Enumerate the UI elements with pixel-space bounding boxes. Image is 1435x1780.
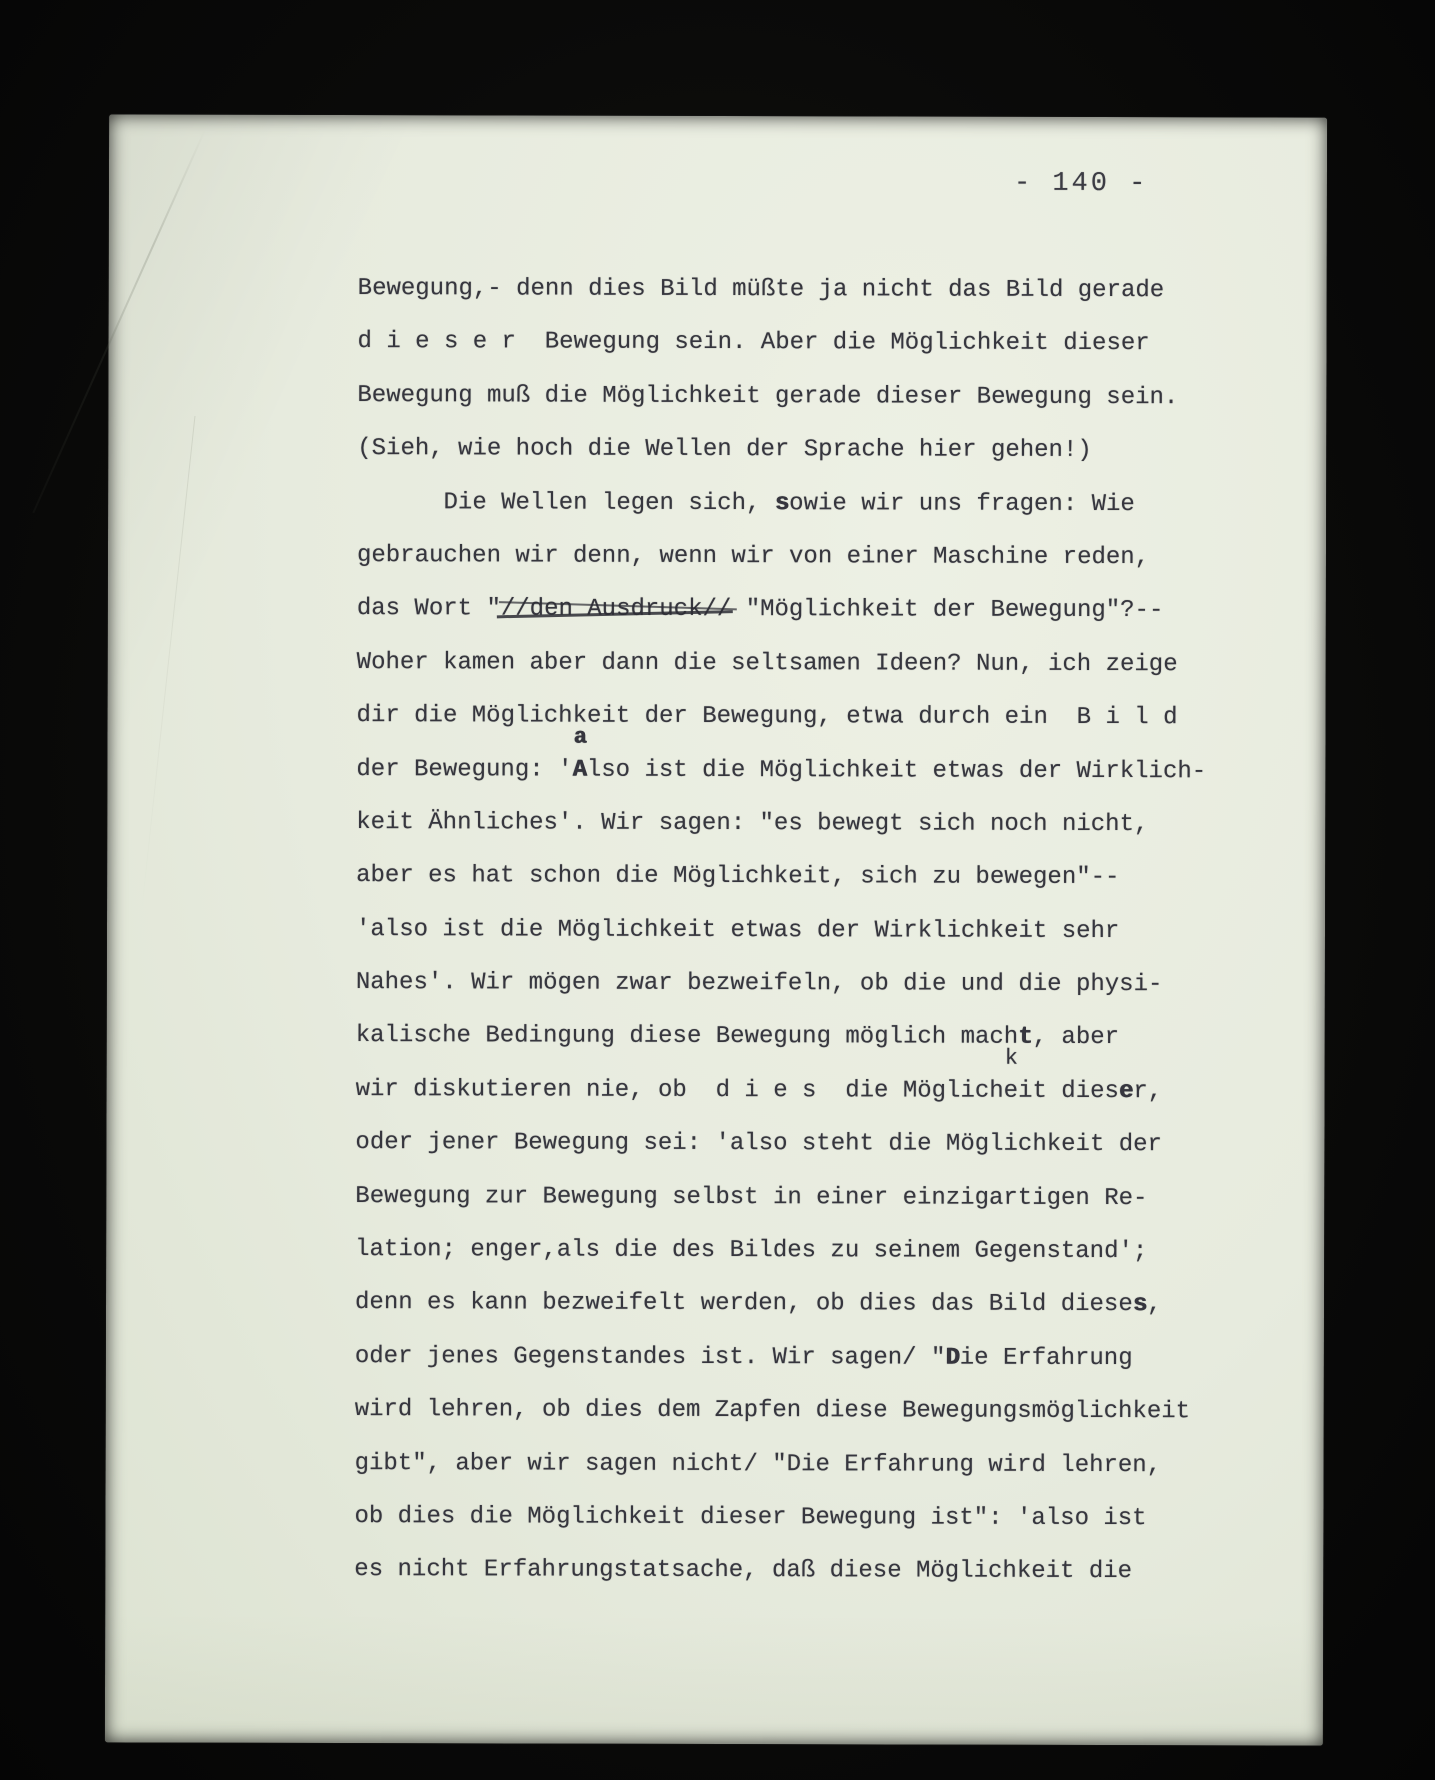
typescript-line: gebrauchen wir denn, wenn wir von einer …: [357, 529, 1187, 585]
typescript-text: , aber: [1033, 1024, 1119, 1051]
typescript-line: gibt", aber wir sagen nicht/ "Die Erfahr…: [355, 1437, 1185, 1493]
typescript-text: denn es kann bezweifelt werden, ob dies …: [355, 1289, 1133, 1318]
typescript-line: Woher kamen aber dann die seltsamen Idee…: [357, 636, 1187, 692]
typescript-line: Die Wellen legen sich, sowie wir uns fra…: [357, 476, 1187, 532]
typescript-text: Nahes'. Wir mögen zwar bezweifeln, ob di…: [356, 969, 1163, 998]
typescript-text: lso ist die Möglichkeit etwas der Wirkli…: [587, 756, 1206, 785]
typescript-text: der Bewegung: ': [356, 756, 572, 784]
typescript-line: Bewegung muß die Möglichkeit gerade dies…: [357, 369, 1187, 425]
typescript-text: gebrauchen wir denn, wenn wir von einer …: [357, 542, 1149, 571]
typescript-line: 'also ist die Möglichkeit etwas der Wirk…: [356, 903, 1186, 959]
typescript-text: dir die Möglichkeit der Bewegung, etwa d…: [357, 702, 1178, 731]
typescript-line: Bewegung,- denn dies Bild müßte ja nicht…: [358, 262, 1188, 318]
typescript-text: D: [945, 1344, 959, 1371]
typescript-text: s: [1133, 1292, 1147, 1319]
typescript-text: (Sieh, wie hoch die Wellen der Sprache h…: [357, 435, 1092, 464]
typescript-text: es nicht Erfahrungstatsache, daß diese M…: [354, 1556, 1132, 1585]
typescript-text: 'also ist die Möglichkeit etwas der Wirk…: [356, 916, 1119, 945]
typescript-line: dir die Möglichkeit der Bewegung, etwa d…: [356, 689, 1186, 745]
typescript-line: wird lehren, ob dies dem Zapfen diese Be…: [355, 1383, 1185, 1439]
typescript-text: e: [1119, 1078, 1133, 1105]
typescript-line: Nahes'. Wir mögen zwar bezweifeln, ob di…: [356, 956, 1186, 1012]
typescript-line: aber es hat schon die Möglichkeit, sich …: [356, 849, 1186, 905]
struck-text: //den Ausdruck//: [501, 583, 732, 637]
typescript-text: wird lehren, ob dies dem Zapfen diese Be…: [355, 1396, 1190, 1425]
typescript-line: denn es kann bezweifelt werden, ob dies …: [355, 1276, 1185, 1332]
typescript-page: - 140 - Bewegung,- denn dies Bild müßte …: [105, 114, 1327, 1745]
paper-crease: [32, 129, 206, 513]
typescript-text: kalische Bedingung diese Bewegung möglic…: [356, 1023, 1019, 1052]
typescript-text: gibt", aber wir sagen nicht/ "Die Erfahr…: [355, 1450, 1162, 1479]
typescript-text: Die Wellen legen sich,: [357, 489, 775, 517]
typescript-text: oder jener Bewegung sei: 'also steht die…: [355, 1129, 1162, 1158]
typescript-text: Bewegung muß die Möglichkeit gerade dies…: [357, 382, 1178, 411]
typescript-line: ob dies die Möglichkeit dieser Bewegung …: [354, 1490, 1184, 1546]
typescript-line: der Bewegung: 'Aalso ist die Möglichkeit…: [356, 743, 1186, 799]
photo-backdrop: - 140 - Bewegung,- denn dies Bild müßte …: [0, 0, 1435, 1780]
typescript-text: s: [775, 490, 789, 517]
inserted-correction-letter: a: [574, 726, 587, 748]
typescript-text: das Wort ": [357, 595, 501, 622]
typescript-line: es nicht Erfahrungstatsache, daß diese M…: [354, 1543, 1184, 1599]
typescript-line: das Wort "//den Ausdruck// "Möglichkeit …: [357, 582, 1187, 638]
typescript-text: aber es hat schon die Möglichkeit, sich …: [356, 862, 1119, 891]
paper-crease-secondary: [141, 416, 196, 913]
typescript-line: oder jenes Gegenstandes ist. Wir sagen/ …: [355, 1330, 1185, 1386]
typescript-line: oder jener Bewegung sei: 'also steht die…: [355, 1116, 1185, 1172]
typescript-line: wir diskutieren nie, ob d i e s die Mögl…: [356, 1063, 1186, 1119]
page-number: - 140 -: [1014, 169, 1148, 199]
typescript-text: "Möglichkeit der Bewegung"?--: [731, 596, 1163, 624]
typescript-text: lation; enger,als die des Bildes zu sein…: [355, 1236, 1147, 1265]
typescript-text: ,: [1147, 1292, 1161, 1319]
typescript-text: r,: [1133, 1078, 1162, 1105]
typescript-line: kalische Bedingung diese Bewegung möglic…: [356, 1010, 1186, 1066]
inserted-correction-letter: k: [1005, 1048, 1018, 1070]
typescript-text: Aa: [572, 743, 587, 796]
typescript-text: Bewegung zur Bewegung selbst in einer ei…: [355, 1183, 1147, 1212]
typescript-lines: Bewegung,- denn dies Bild müßte ja nicht…: [354, 262, 1187, 1599]
typescript-line: d i e s e r Bewegung sein. Aber die Mögl…: [357, 315, 1187, 371]
typescript-line: lation; enger,als die des Bildes zu sein…: [355, 1223, 1185, 1279]
typescript-text: wir diskutieren nie, ob d i e s die Mögl…: [356, 1076, 1004, 1105]
typescript-text: keit Ähnliches'. Wir sagen: "es bewegt s…: [356, 809, 1148, 838]
typescript-text: ob dies die Möglichkeit dieser Bewegung …: [354, 1503, 1146, 1532]
typescript-text: Bewegung,- denn dies Bild müßte ja nicht…: [358, 275, 1165, 304]
typescript-text: d i e s e r Bewegung sein. Aber die Mögl…: [358, 328, 1150, 357]
typescript-text: it dies: [1018, 1078, 1119, 1105]
typescript-text: ek: [1004, 1065, 1019, 1118]
typescript-text: t: [1018, 1024, 1032, 1051]
typescript-line: keit Ähnliches'. Wir sagen: "es bewegt s…: [356, 796, 1186, 852]
typescript-text: Woher kamen aber dann die seltsamen Idee…: [357, 649, 1178, 678]
typescript-line: Bewegung zur Bewegung selbst in einer ei…: [355, 1170, 1185, 1226]
typescript-text: owie wir uns fragen: Wie: [789, 490, 1135, 518]
typescript-text: ie Erfahrung: [960, 1344, 1133, 1371]
typescript-line: (Sieh, wie hoch die Wellen der Sprache h…: [357, 422, 1187, 478]
typescript-text: oder jenes Gegenstandes ist. Wir sagen/ …: [355, 1343, 946, 1372]
